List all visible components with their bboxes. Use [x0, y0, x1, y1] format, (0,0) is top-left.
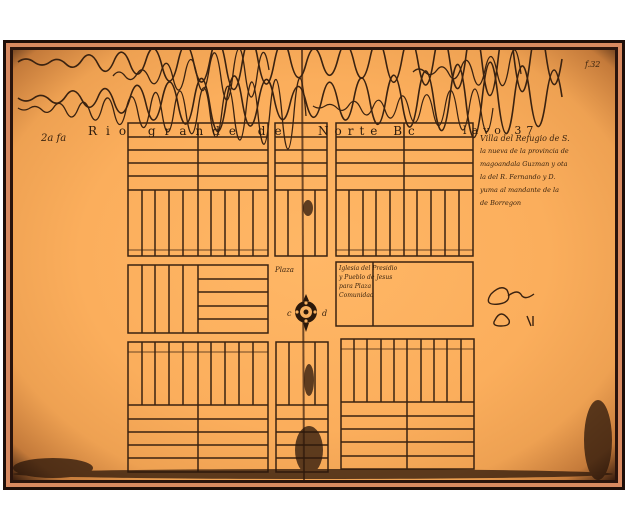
center-text-line: para Plaza [339, 282, 399, 291]
title-cartouche: Villa del Refugio de S. la nueva de la p… [480, 132, 610, 210]
center-block-text: Iglesia del Presidio y Pueblo de Jesus p… [339, 264, 399, 324]
cartouche-line: de Borregon [480, 197, 610, 210]
cartouche-line: yuma al mandante de la [480, 184, 610, 197]
center-text-line: Iglesia del Presidio [339, 264, 399, 273]
river-label-right: Norte Bc [318, 124, 421, 138]
compass-rose [295, 294, 317, 332]
margin-note: 2a fa [41, 133, 66, 144]
center-text-line: Comunidad [339, 291, 399, 300]
river-label-left: Rio grande de [88, 124, 291, 138]
center-text-line: y Pueblo de Jesus [339, 273, 399, 282]
cartouche-line: Villa del Refugio de S. [480, 132, 610, 145]
map-drawing [13, 50, 615, 480]
compass-label-right: d [322, 309, 327, 318]
folio-number: f.32 [585, 60, 600, 69]
cartouche-line: la nueva de la provincia de [480, 145, 610, 158]
signature-rubric [488, 288, 534, 326]
historical-plat-map: Rio grande de Norte Bc lavo 37 f.32 2a f… [13, 50, 615, 480]
plaza-label: Plaza [275, 266, 294, 274]
compass-label-left: c [287, 309, 291, 318]
cartouche-line: magoandala Guzman y ota [480, 158, 610, 171]
cartouche-line: la del R. Fernando y D. [480, 171, 610, 184]
